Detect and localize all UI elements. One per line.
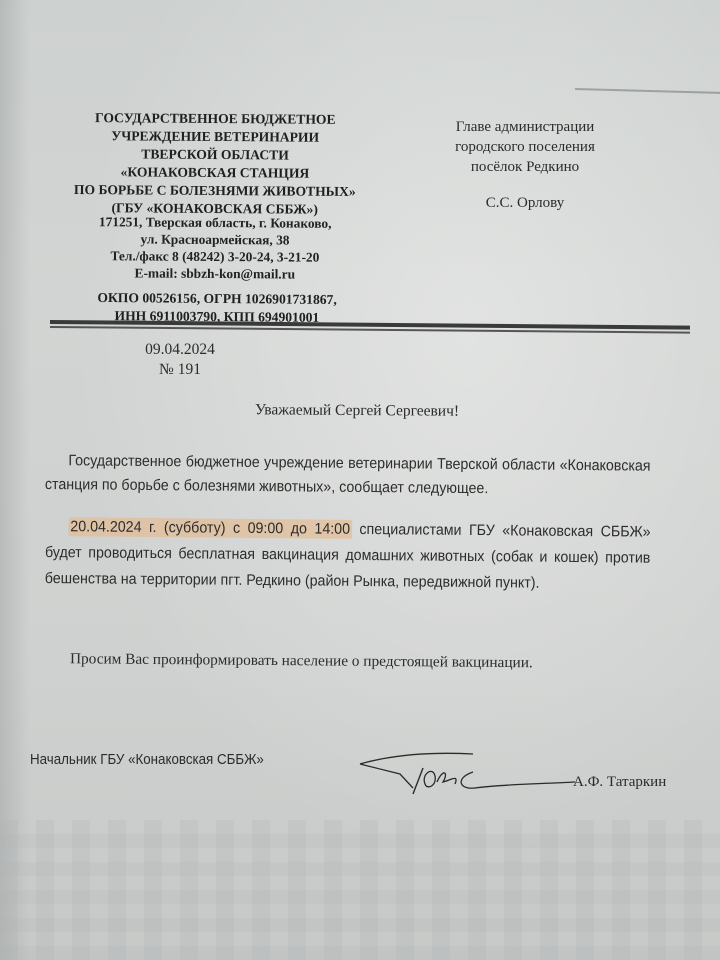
- recipient-line: посёлок Редкино: [425, 157, 625, 177]
- handwritten-signature-icon: [355, 744, 605, 804]
- salutation: Уважаемый Сергей Сергеевич!: [255, 401, 459, 420]
- show-through-texture: [0, 820, 720, 960]
- document-date: 09.04.2024: [120, 340, 240, 360]
- recipient-block: Главе администрации городского поселения…: [425, 117, 625, 213]
- page-shadow: [0, 0, 30, 960]
- paragraph-intro: Государственное бюджетное учреждение вет…: [45, 449, 651, 503]
- recipient-name: С.С. Орлову: [425, 193, 625, 213]
- org-name-line: «КОНАКОВСКАЯ СТАНЦИЯ: [60, 163, 370, 183]
- document-number: № 191: [120, 360, 240, 380]
- letterhead-organization-name: ГОСУДАРСТВЕННОЕ БЮДЖЕТНОЕ УЧРЕЖДЕНИЕ ВЕТ…: [60, 109, 371, 219]
- address-line: ул. Красноармейская, 38: [60, 230, 370, 249]
- codes-line: ОКПО 00526156, ОГРН 1026901731867,: [62, 289, 372, 310]
- email-line: E-mail: sbbzh-kon@mail.ru: [60, 264, 370, 283]
- signatory-title: Начальник ГБУ «Конаковская СББЖ»: [30, 752, 264, 768]
- org-name-line: ГОСУДАРСТВЕННОЕ БЮДЖЕТНОЕ: [60, 109, 370, 129]
- org-name-line: ПО БОРЬБЕ С БОЛЕЗНЯМИ ЖИВОТНЫХ»: [60, 181, 370, 201]
- paragraph-announcement: 20.04.2024 г. (субботу) с 09:00 до 14:00…: [45, 514, 651, 598]
- highlighted-date-time: 20.04.2024 г. (субботу) с 09:00 до 14:00: [68, 517, 352, 539]
- phone-line: Тел./факс 8 (48242) 3-20-24, 3-21-20: [60, 247, 370, 266]
- signatory-name: А.Ф. Татаркин: [573, 774, 666, 791]
- document-date-number: 09.04.2024 № 191: [120, 340, 240, 380]
- signature-block: Начальник ГБУ «Конаковская СББЖ» А.Ф. Та…: [30, 752, 700, 812]
- address-line: 171251, Тверская область, г. Конаково,: [60, 213, 370, 232]
- recipient-line: городского поселения: [425, 137, 625, 157]
- letterhead-address: 171251, Тверская область, г. Конаково, у…: [60, 213, 370, 283]
- recipient-line: Главе администрации: [425, 117, 625, 137]
- org-name-line: ТВЕРСКОЙ ОБЛАСТИ: [60, 145, 370, 165]
- org-name-line: УЧРЕЖДЕНИЕ ВЕТЕРИНАРИИ: [60, 127, 370, 147]
